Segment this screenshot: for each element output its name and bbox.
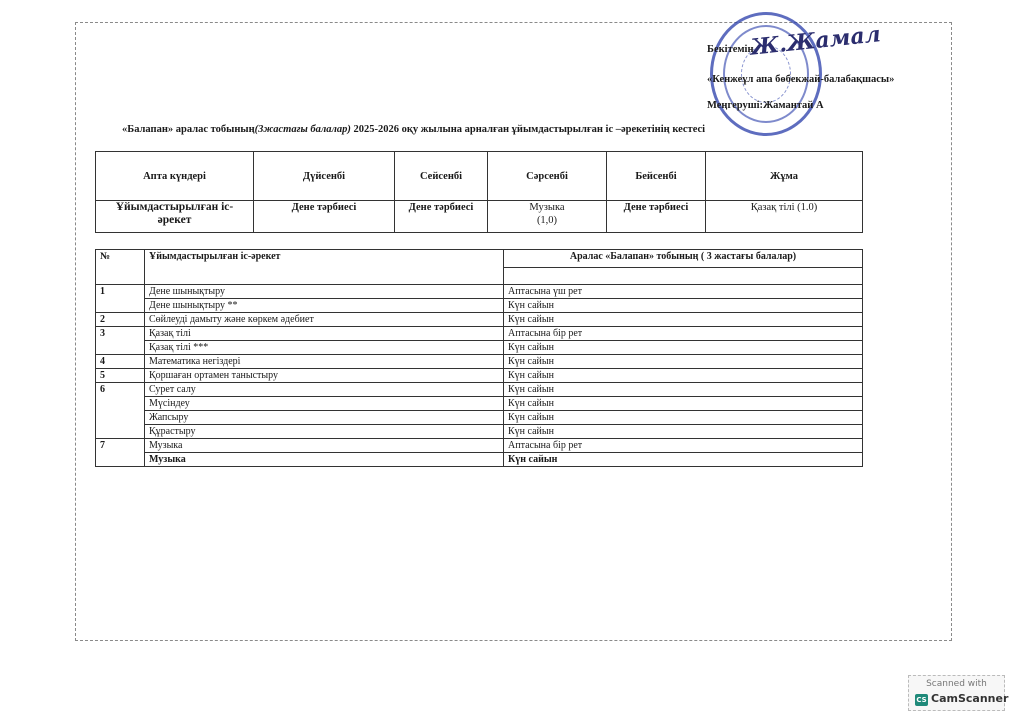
header-monday: Дүйсенбі	[254, 152, 395, 201]
row-activity: Құрастыру	[145, 425, 504, 439]
row-number: 4	[96, 355, 145, 369]
row-activity: Дене шынықтыру	[145, 285, 504, 299]
row-frequency: Күн сайын	[504, 453, 863, 467]
row-frequency: Күн сайын	[504, 355, 863, 369]
camscanner-logo-icon: CS	[915, 694, 928, 706]
header-empty-cell	[504, 268, 863, 285]
camscanner-badge: Scanned with CS CamScanner	[908, 675, 1005, 711]
signature: Ж.Жамал	[749, 21, 882, 61]
table-row: МузыкаКүн сайын	[96, 453, 863, 467]
row-activity: Музыка	[145, 453, 504, 467]
row-frequency: Күн сайын	[504, 425, 863, 439]
document-title: «Балапан» аралас тобының(3жастағы балала…	[122, 124, 705, 135]
title-part-3: 2025-2026 оқу жылына арналған ұйымдастыр…	[351, 124, 705, 135]
weekday-header-row: Апта күндері Дүйсенбі Сейсенбі Сәрсенбі …	[96, 152, 863, 201]
row-frequency: Аптасына бір рет	[504, 327, 863, 341]
table-row: ЖапсыруКүн сайын	[96, 411, 863, 425]
table-row: 1Дене шынықтыруАптасына үш рет	[96, 285, 863, 299]
row-activity: Сурет салу	[145, 383, 504, 397]
cell-thursday: Дене тәрбиесі	[607, 201, 706, 233]
approval-block: Бекітемін Ж.Жамал «Кенжеұл апа бөбекжай-…	[690, 20, 960, 140]
badge-caption: Scanned with	[909, 679, 1004, 689]
row-activity: Дене шынықтыру **	[145, 299, 504, 313]
cell-friday: Қазақ тілі (1.0)	[706, 201, 863, 233]
row-frequency: Күн сайын	[504, 369, 863, 383]
title-part-2: (3жастағы балалар)	[255, 124, 351, 135]
table-row: 2Сөйлеуді дамыту және көркем әдебиетКүн …	[96, 313, 863, 327]
cell-tuesday: Дене тәрбиесі	[395, 201, 488, 233]
row-number: 7	[96, 439, 145, 467]
approval-line-approve: Бекітемін	[707, 44, 754, 55]
row-label: Ұйымдастырылған іс-әрекет	[96, 201, 254, 233]
row-activity: Сөйлеуді дамыту және көркем әдебиет	[145, 313, 504, 327]
badge-name: CamScanner	[931, 692, 1008, 705]
row-activity: Математика негіздері	[145, 355, 504, 369]
row-frequency: Күн сайын	[504, 383, 863, 397]
table-row: 4Математика негіздеріКүн сайын	[96, 355, 863, 369]
row-number: 6	[96, 383, 145, 439]
row-activity: Қоршаған ортамен таныстыру	[145, 369, 504, 383]
row-number: 1	[96, 285, 145, 313]
table-row: МүсіндеуКүн сайын	[96, 397, 863, 411]
approval-line-org: «Кенжеұл апа бөбекжай-балабақшасы»	[707, 74, 894, 85]
activity-frequency-table: № Ұйымдастырылған іс-әрекет Аралас «Бала…	[95, 249, 863, 467]
table-row: Дене шынықтыру **Күн сайын	[96, 299, 863, 313]
activity-row: Ұйымдастырылған іс-әрекет Дене тәрбиесі …	[96, 201, 863, 233]
row-activity: Мүсіндеу	[145, 397, 504, 411]
title-part-1: «Балапан» аралас тобының	[122, 124, 255, 135]
weekly-schedule-table: Апта күндері Дүйсенбі Сейсенбі Сәрсенбі …	[95, 151, 863, 233]
table-row: 7МузыкаАптасына бір рет	[96, 439, 863, 453]
header-group: Аралас «Балапан» тобының ( 3 жастағы бал…	[504, 250, 863, 268]
cell-wednesday: Музыка (1,0)	[488, 201, 607, 233]
header-weekdays: Апта күндері	[96, 152, 254, 201]
row-activity: Қазақ тілі	[145, 327, 504, 341]
header-wednesday: Сәрсенбі	[488, 152, 607, 201]
table-row: 5Қоршаған ортамен таныстыруКүн сайын	[96, 369, 863, 383]
row-frequency: Күн сайын	[504, 313, 863, 327]
row-number: 5	[96, 369, 145, 383]
row-activity: Жапсыру	[145, 411, 504, 425]
row-frequency: Күн сайын	[504, 341, 863, 355]
cell-monday: Дене тәрбиесі	[254, 201, 395, 233]
row-frequency: Күн сайын	[504, 397, 863, 411]
table-row: 6Сурет салуКүн сайын	[96, 383, 863, 397]
table-row: Қазақ тілі ***Күн сайын	[96, 341, 863, 355]
row-number: 2	[96, 313, 145, 327]
approve-label: Бекітемін	[707, 44, 754, 55]
activity-header-row: № Ұйымдастырылған іс-әрекет Аралас «Бала…	[96, 250, 863, 268]
activity-rows: 1Дене шынықтыруАптасына үш ретДене шынық…	[96, 285, 863, 467]
row-frequency: Аптасына бір рет	[504, 439, 863, 453]
row-frequency: Аптасына үш рет	[504, 285, 863, 299]
header-thursday: Бейсенбі	[607, 152, 706, 201]
row-frequency: Күн сайын	[504, 411, 863, 425]
row-activity: Музыка	[145, 439, 504, 453]
header-number: №	[96, 250, 145, 285]
table-row: ҚұрастыруКүн сайын	[96, 425, 863, 439]
row-activity: Қазақ тілі ***	[145, 341, 504, 355]
row-frequency: Күн сайын	[504, 299, 863, 313]
row-number: 3	[96, 327, 145, 355]
table-row: 3Қазақ тіліАптасына бір рет	[96, 327, 863, 341]
header-tuesday: Сейсенбі	[395, 152, 488, 201]
approval-line-head: Меңгеруші:Жамантай А	[707, 100, 824, 111]
header-activity: Ұйымдастырылған іс-әрекет	[145, 250, 504, 285]
header-friday: Жұма	[706, 152, 863, 201]
